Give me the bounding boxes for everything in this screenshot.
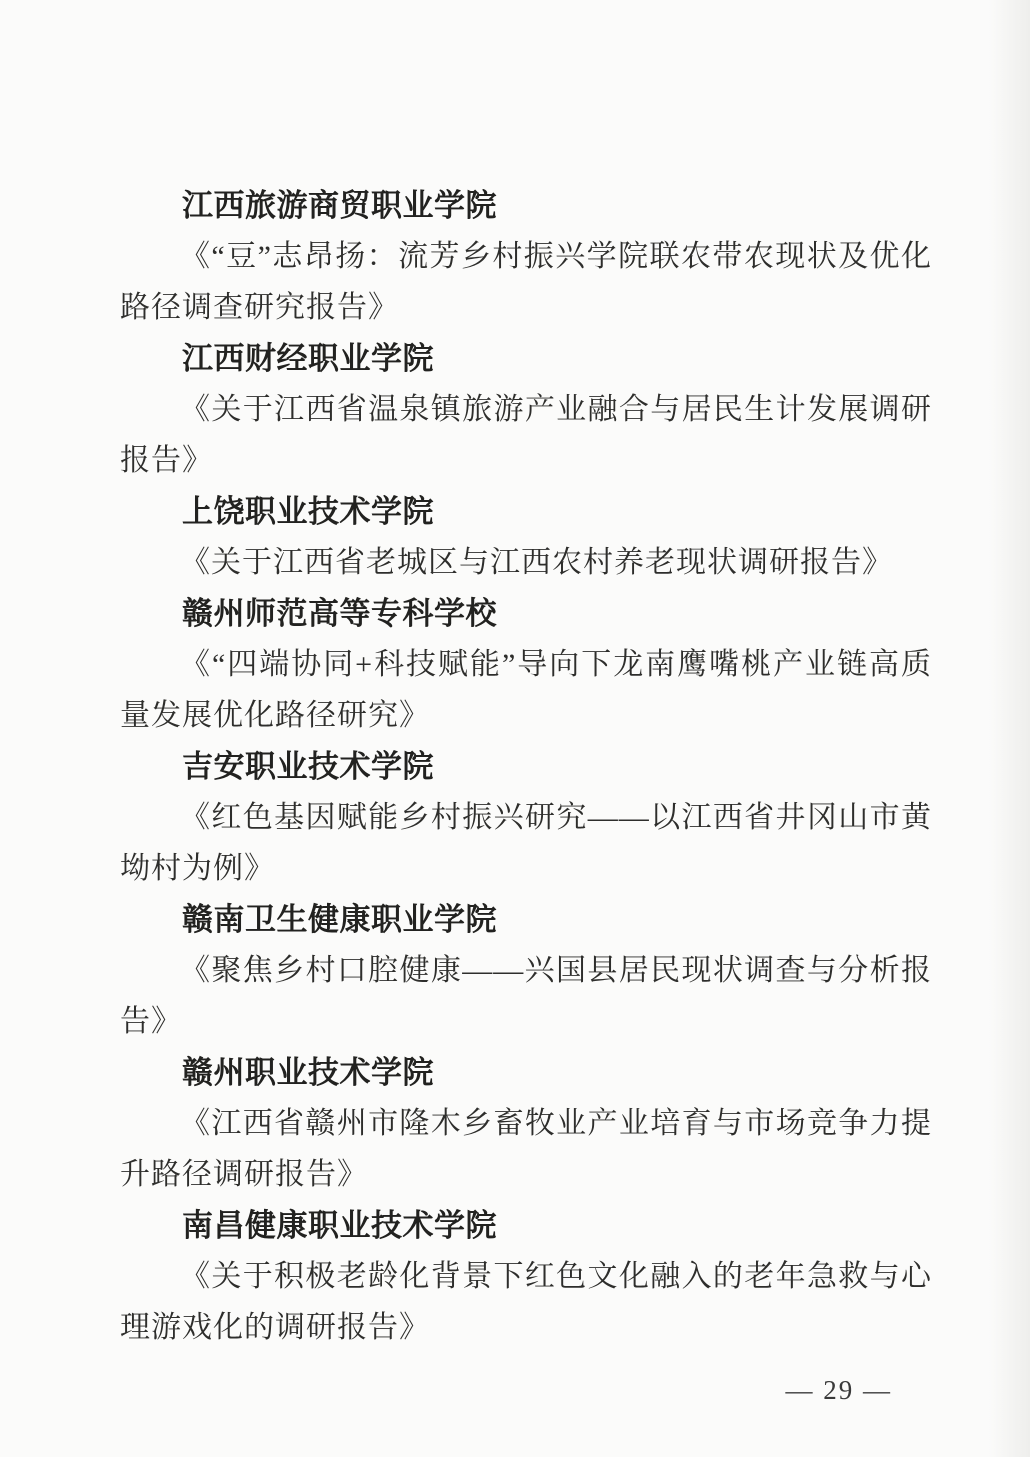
- award-entry: 赣州职业技术学院 《江西省赣州市隆木乡畜牧业产业培育与市场竞争力提升路径调研报告…: [120, 1047, 932, 1200]
- report-title: 《关于江西省老城区与江西农村养老现状调研报告》: [120, 537, 932, 588]
- award-entry: 赣南卫生健康职业学院 《聚焦乡村口腔健康——兴国县居民现状调查与分析报告》: [120, 894, 932, 1047]
- school-heading: 江西财经职业学院: [120, 333, 932, 384]
- school-heading: 南昌健康职业技术学院: [120, 1200, 932, 1251]
- school-heading: 吉安职业技术学院: [120, 741, 932, 792]
- report-title: 《“豆”志昂扬：流芳乡村振兴学院联农带农现状及优化路径调查研究报告》: [120, 231, 932, 333]
- school-heading: 赣州师范高等专科学校: [120, 588, 932, 639]
- award-entry: 上饶职业技术学院 《关于江西省老城区与江西农村养老现状调研报告》: [120, 486, 932, 588]
- report-title: 《江西省赣州市隆木乡畜牧业产业培育与市场竞争力提升路径调研报告》: [120, 1098, 932, 1200]
- page-number: — 29 —: [786, 1375, 893, 1405]
- award-entry: 南昌健康职业技术学院 《关于积极老龄化背景下红色文化融入的老年急救与心理游戏化的…: [120, 1200, 932, 1353]
- report-title: 《关于江西省温泉镇旅游产业融合与居民生计发展调研报告》: [120, 384, 932, 486]
- award-entry: 江西旅游商贸职业学院 《“豆”志昂扬：流芳乡村振兴学院联农带农现状及优化路径调查…: [120, 180, 932, 333]
- report-title: 《关于积极老龄化背景下红色文化融入的老年急救与心理游戏化的调研报告》: [120, 1251, 932, 1353]
- report-title: 《红色基因赋能乡村振兴研究——以江西省井冈山市黄坳村为例》: [120, 792, 932, 894]
- school-heading: 上饶职业技术学院: [120, 486, 932, 537]
- document-page: 江西旅游商贸职业学院 《“豆”志昂扬：流芳乡村振兴学院联农带农现状及优化路径调查…: [0, 0, 1030, 1457]
- school-heading: 赣州职业技术学院: [120, 1047, 932, 1098]
- school-heading: 江西旅游商贸职业学院: [120, 180, 932, 231]
- page-footer: — 29 —: [786, 1372, 893, 1408]
- award-entry: 吉安职业技术学院 《红色基因赋能乡村振兴研究——以江西省井冈山市黄坳村为例》: [120, 741, 932, 894]
- report-title: 《“四端协同+科技赋能”导向下龙南鹰嘴桃产业链高质量发展优化路径研究》: [120, 639, 932, 741]
- report-title: 《聚焦乡村口腔健康——兴国县居民现状调查与分析报告》: [120, 945, 932, 1047]
- school-heading: 赣南卫生健康职业学院: [120, 894, 932, 945]
- award-entry: 赣州师范高等专科学校 《“四端协同+科技赋能”导向下龙南鹰嘴桃产业链高质量发展优…: [120, 588, 932, 741]
- award-list: 江西旅游商贸职业学院 《“豆”志昂扬：流芳乡村振兴学院联农带农现状及优化路径调查…: [120, 180, 932, 1353]
- award-entry: 江西财经职业学院 《关于江西省温泉镇旅游产业融合与居民生计发展调研报告》: [120, 333, 932, 486]
